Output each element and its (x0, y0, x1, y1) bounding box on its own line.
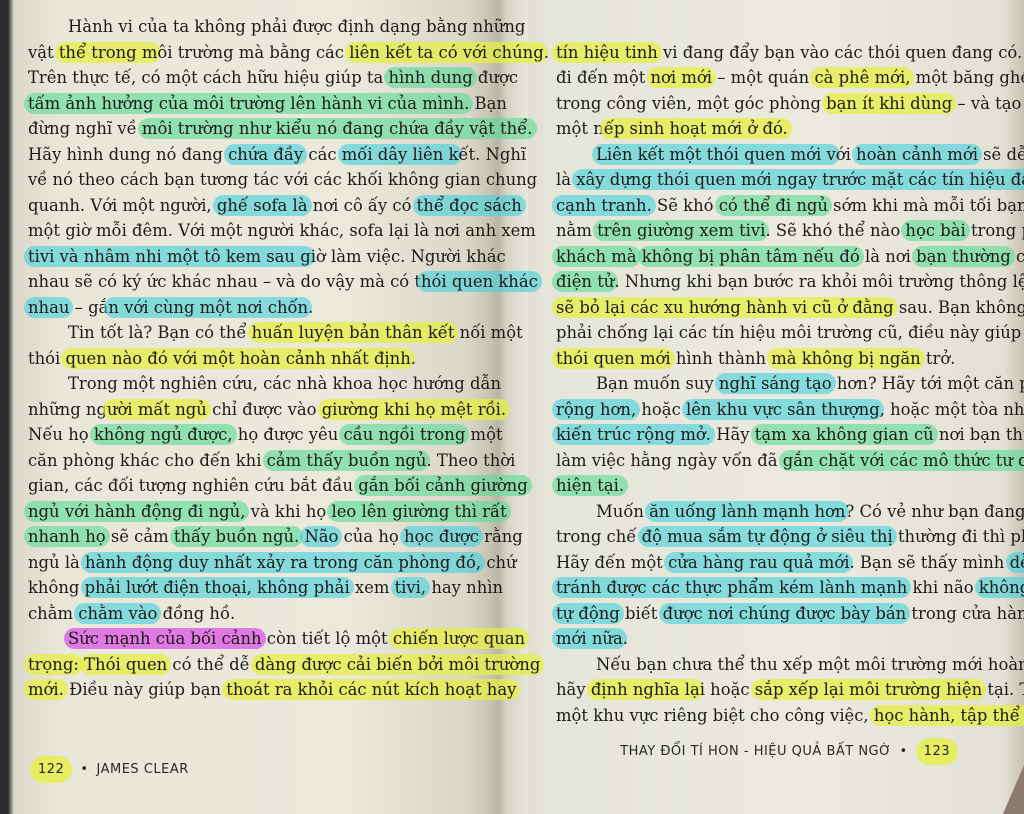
highlight-yellow: thể trong m (55, 42, 162, 63)
highlight-blue: không còn (975, 577, 1024, 598)
text-segment: nơi bạn thường (934, 425, 1024, 444)
text-segment: – gắ (69, 298, 108, 317)
text-line: phải chống lại các tín hiệu môi trường c… (556, 320, 1001, 346)
text-segment: họ được yêu (233, 425, 344, 444)
highlight-green: gắn chặt với các mô thức tư duy (779, 450, 1024, 471)
footer-bullet-left: • (80, 762, 88, 777)
highlight-yellow: ười mất ngủ (103, 399, 211, 420)
text-line: một nếp sinh hoạt mới ở đó. (556, 116, 1001, 142)
highlight-blue: mới nữa (552, 628, 627, 649)
text-segment: sau. Bạn không cần (894, 298, 1024, 317)
text-segment: Sẽ khó (652, 196, 719, 215)
text-segment: Nếu bạn chưa thể thu xếp một môi trường … (596, 655, 1024, 674)
text-segment: Hành vi của ta không phải được định dạng… (68, 17, 525, 36)
text-segment: hay nhìn (426, 578, 503, 597)
text-line: những người mất ngủ chỉ được vào giường … (28, 397, 476, 423)
text-segment: tại. Tạo ra (982, 680, 1024, 699)
text-line: là xây dựng thói quen mới ngay trước mặt… (556, 167, 1001, 193)
text-segment: xem (350, 578, 395, 597)
highlight-green: cảm thấy buồn ngủ (263, 450, 431, 471)
text-segment: , hoặc một tòa nhà có (880, 400, 1024, 419)
highlight-yellow: sẽ bỏ lại các xu hướng hành vi cũ ở đằng (552, 297, 898, 318)
highlight-blue: tivi và nhâm nhi một tô kem sau g (24, 246, 315, 267)
highlight-green: cầu ngồi trong (339, 424, 469, 445)
text-line: quanh. Với một người, ghế sofa là nơi cô… (28, 193, 476, 219)
text-segment: hãy (556, 680, 591, 699)
highlight-pink: Sức mạnh của bối cảnh (64, 628, 266, 649)
text-line: thói quen nào đó với một hoàn cảnh nhất … (28, 346, 476, 372)
text-segment: Hãy (711, 425, 755, 444)
running-head-author: JAMES CLEAR (97, 762, 189, 777)
text-line: vật thể trong môi trường mà bằng các liê… (28, 40, 476, 66)
highlight-yellow: dàng được cải biến bởi môi trường (251, 654, 544, 675)
text-segment: có thể dễ (167, 655, 255, 674)
highlight-green: môi trường như kiểu nó đang chứa đầy vật… (138, 118, 537, 139)
text-segment: một khu vực riêng biệt cho công việc, (556, 706, 874, 725)
text-segment: . Theo thời (426, 451, 515, 470)
text-segment: nối một (454, 323, 522, 342)
text-line: đi đến một nơi mới – một quán cà phê mới… (556, 65, 1001, 91)
text-line: căn phòng khác cho đến khi cảm thấy buồn… (28, 448, 476, 474)
text-segment: . Sẽ khó thể nào (765, 221, 905, 240)
highlight-green: học bài (901, 220, 969, 241)
highlight-yellow: trọng: (24, 654, 83, 675)
highlight-green: hình dung (384, 67, 476, 88)
highlight-green: không ngủ được, (90, 424, 237, 445)
text-line: gian, các đối tượng nghiên cứu bắt đầu g… (28, 473, 476, 499)
text-segment: . (411, 349, 416, 368)
text-line: Trong một nghiên cứu, các nhà khoa học h… (28, 371, 476, 397)
highlight-blue: hành động duy nhất xảy ra trong căn phòn… (81, 552, 485, 573)
page-number-right: 123 (916, 738, 958, 765)
text-segment: thói (28, 349, 65, 368)
text-segment: chằm (28, 604, 78, 623)
text-line: nằm trên giường xem tivi. Sẽ khó thể nào… (556, 218, 1001, 244)
text-line: tấm ảnh hưởng của môi trường lên hành vi… (28, 91, 476, 117)
text-segment: và khi họ (245, 502, 331, 521)
text-segment: . (544, 43, 549, 62)
text-segment: được (473, 68, 518, 87)
text-segment: rằng (479, 527, 523, 546)
highlight-blue: học được (400, 526, 483, 547)
highlight-green: nhanh họ (24, 526, 110, 547)
text-segment: ết. Nghĩ (458, 145, 526, 164)
footer-bullet-right: • (900, 744, 908, 759)
text-segment: ngủ là (28, 553, 85, 572)
text-segment: khi não (907, 578, 979, 597)
highlight-yellow: ếp sinh hoạt mới ở đó. (600, 118, 792, 139)
text-segment: Tin tốt là? Bạn có thể (68, 323, 252, 342)
highlight-blue: n với cùng một nơi chốn (104, 297, 312, 318)
highlight-green: thấy buồn ngủ. (170, 526, 303, 547)
text-line: một khu vực riêng biệt cho công việc, họ… (556, 703, 1001, 729)
text-segment: trong phòng (966, 221, 1024, 240)
text-line: trong công viên, một góc phòng bạn ít kh… (556, 91, 1001, 117)
highlight-blue: hoàn cảnh mới (852, 144, 982, 165)
text-segment: chơi (1011, 247, 1024, 266)
text-line: làm việc hằng ngày vốn đã gắn chặt với c… (556, 448, 1001, 474)
left-page: Hành vi của ta không phải được định dạng… (0, 0, 498, 814)
text-line: hãy định nghĩa lại hoặc sắp xếp lại môi … (556, 677, 1001, 703)
text-line: chằm chằm vào đồng hồ. (28, 601, 476, 627)
text-segment: một n (556, 119, 604, 138)
left-page-body-text: Hành vi của ta không phải được định dạng… (28, 14, 476, 703)
highlight-blue: chứa đầy (224, 144, 307, 165)
text-segment: chứ (481, 553, 517, 572)
text-line (556, 14, 1001, 40)
highlight-green: hiện tại. (552, 475, 628, 496)
highlight-green: tạm xa không gian cũ (751, 424, 938, 445)
highlight-green: điện tử (552, 271, 618, 292)
running-head-title: THAY ĐỔI TÍ HON - HIỆU QUẢ BẤT NGỜ (620, 744, 891, 759)
highlight-yellow: định nghĩa lạ (587, 679, 704, 700)
highlight-green: có thể đi ngủ (715, 195, 832, 216)
text-segment: một băng ghế (910, 68, 1024, 87)
highlight-blue: mối dây liên k (338, 144, 463, 165)
text-segment: quanh. Với một người, (28, 196, 217, 215)
text-segment: đừng nghĩ về (28, 119, 142, 138)
text-line: điện tử. Nhưng khi bạn bước ra khỏi môi … (556, 269, 1001, 295)
text-line: Muốn ăn uống lành mạnh hơn? Có vẻ như bạ… (556, 499, 1001, 525)
text-segment: một (465, 425, 502, 444)
text-segment: Trong một nghiên cứu, các nhà khoa học h… (68, 374, 501, 393)
highlight-blue: Liên kết một thói quen mới v (592, 144, 840, 165)
highlight-blue: độ mua sắm tự động ở siêu thị (638, 526, 897, 547)
text-line: trọng: Thói quen có thể dễ dàng được cải… (28, 652, 476, 678)
text-segment: trong công viên, một góc phòng (556, 94, 826, 113)
text-line: thói quen mới hình thành mà không bị ngă… (556, 346, 1001, 372)
highlight-blue: xây dựng thói quen mới ngay trước mặt cá… (572, 169, 1024, 190)
highlight-yellow: nơi mới (647, 67, 717, 88)
highlight-blue: cạnh tranh. (552, 195, 656, 216)
right-page-footer: THAY ĐỔI TÍ HON - HIỆU QUẢ BẤT NGỜ•123 (620, 738, 958, 765)
text-line: Hãy hình dung nó đang chứa đầy các mối d… (28, 142, 476, 168)
text-segment: còn tiết lộ một (262, 629, 393, 648)
highlight-yellow: liên kết ta có với chúng (345, 42, 548, 63)
text-segment: nhau sẽ có ký ức khác nhau – và do vậy m… (28, 272, 421, 291)
highlight-green: bạn thường (912, 246, 1015, 267)
text-segment: . Nhưng khi bạn bước ra khỏi môi trường … (614, 272, 1024, 291)
text-segment: – một quán (712, 68, 814, 87)
highlight-yellow: chiến lược quan (389, 628, 529, 649)
text-segment: Điều này giúp bạn (64, 680, 226, 699)
text-line: không phải lướt điện thoại, không phải x… (28, 575, 476, 601)
text-line: Sức mạnh của bối cảnh còn tiết lộ một ch… (28, 626, 476, 652)
highlight-yellow: bạn ít khi dùng (822, 93, 956, 114)
text-segment: . (308, 298, 313, 317)
highlight-blue: kiến trúc rộng mở. (552, 424, 715, 445)
text-segment: phải chống lại các tín hiệu môi trường c… (556, 323, 1024, 342)
text-segment: một giờ mỗi đêm. Với một người khác, sof… (28, 221, 536, 240)
highlight-yellow: thói quen mới (552, 348, 675, 369)
text-line: Bạn muốn suy nghĩ sáng tạo hơn? Hãy tới … (556, 371, 1001, 397)
highlight-yellow: quen nào đó với một hoàn cảnh nhất định (61, 348, 414, 369)
text-line: Trên thực tế, có một cách hữu hiệu giúp … (28, 65, 476, 91)
text-segment: trong chế (556, 527, 642, 546)
text-segment: nằm (556, 221, 597, 240)
highlight-blue: nghĩ sáng tạo (715, 373, 836, 394)
highlight-blue: rộng hơn, (552, 399, 640, 420)
text-line: Hãy đến một cửa hàng rau quả mới. Bạn sẽ… (556, 550, 1001, 576)
text-segment: iờ làm việc. Người khác (311, 247, 506, 266)
text-segment: nơi cô ấy có (308, 196, 417, 215)
text-segment: chỉ được vào (207, 400, 322, 419)
text-line: tránh được các thực phẩm kém lành mạnh k… (556, 575, 1001, 601)
text-segment: sẽ dễ hơn (978, 145, 1024, 164)
text-line: về nó theo cách bạn tương tác với các kh… (28, 167, 476, 193)
highlight-blue: tivi, (391, 577, 431, 598)
text-segment: Bạn (469, 94, 507, 113)
text-line: khách mà không bị phân tâm nếu đó là nơi… (556, 244, 1001, 270)
highlight-yellow: Thói quen (80, 654, 171, 675)
highlight-green: gắn bối cảnh giường (354, 475, 532, 496)
highlight-yellow: tín hiệu tinh (552, 42, 662, 63)
page-number-left: 122 (30, 756, 72, 783)
text-segment: trở. (921, 349, 956, 368)
text-segment: hình thành (671, 349, 772, 368)
highlight-green: leo lên giường thì rất (327, 501, 510, 522)
highlight-blue: dễ dàng (1006, 552, 1024, 573)
right-page-body-text: tín hiệu tinh vi đang đẩy bạn vào các th… (556, 14, 1001, 728)
text-segment: vi đang đẩy bạn vào các thói quen đang c… (658, 43, 1024, 62)
text-segment: Hãy hình dung nó đang (28, 145, 228, 164)
highlight-green: trên giường xem tivi (593, 220, 769, 241)
text-line: rộng hơn, hoặc lên khu vực sân thượng, h… (556, 397, 1001, 423)
text-line: đừng nghĩ về môi trường như kiểu nó đang… (28, 116, 476, 142)
highlight-blue: tự động (552, 603, 624, 624)
text-line: mới nữa. (556, 626, 1001, 652)
text-segment: . Bạn sẽ thấy mình (849, 553, 1009, 572)
text-line: kiến trúc rộng mở. Hãy tạm xa không gian… (556, 422, 1001, 448)
highlight-yellow: thoát ra khỏi các nút kích hoạt hay (222, 679, 520, 700)
text-segment: ? Có vẻ như bạn đang (845, 502, 1024, 521)
text-line: tự động biết được nơi chúng được bày bán… (556, 601, 1001, 627)
text-segment: sẽ cảm (106, 527, 174, 546)
highlight-blue: tránh được các thực phẩm kém lành mạnh (552, 577, 911, 598)
text-segment: những ng (28, 400, 107, 419)
text-line: Nếu họ không ngủ được, họ được yêu cầu n… (28, 422, 476, 448)
text-segment: Hãy đến một (556, 553, 668, 572)
text-line: ngủ là hành động duy nhất xảy ra trong c… (28, 550, 476, 576)
highlight-green: khách mà (552, 246, 641, 267)
highlight-yellow: sắp xếp lại môi trường hiện (751, 679, 986, 700)
text-segment: Trên thực tế, có một cách hữu hiệu giúp … (28, 68, 388, 87)
text-line: Tin tốt là? Bạn có thể huấn luyện bản th… (28, 320, 476, 346)
highlight-green: ngủ với hành động đi ngủ, (24, 501, 249, 522)
text-line: nhanh họ sẽ cảm thấy buồn ngủ. Não của h… (28, 524, 476, 550)
highlight-blue: được nơi chúng được bày bán (659, 603, 911, 624)
text-line: tín hiệu tinh vi đang đẩy bạn vào các th… (556, 40, 1001, 66)
text-segment: các (303, 145, 342, 164)
text-segment: không (28, 578, 85, 597)
text-line: hiện tại. (556, 473, 1001, 499)
text-segment: ôi trường mà bằng các (157, 43, 349, 62)
highlight-yellow: học hành, tập thể dục, (870, 705, 1024, 726)
text-line: Nếu bạn chưa thể thu xếp một môi trường … (556, 652, 1001, 678)
right-page: tín hiệu tinh vi đang đẩy bạn vào các th… (498, 0, 1024, 814)
text-segment: . (623, 629, 628, 648)
text-line: Hành vi của ta không phải được định dạng… (28, 14, 476, 40)
highlight-yellow: huấn luyện bản thân kết (248, 322, 459, 343)
highlight-yellow: cà phê mới, (810, 67, 914, 88)
text-line: tivi và nhâm nhi một tô kem sau giờ làm … (28, 244, 476, 270)
text-segment: căn phòng khác cho đến khi (28, 451, 267, 470)
text-line: mới. Điều này giúp bạn thoát ra khỏi các… (28, 677, 476, 703)
text-segment: là nơi (860, 247, 916, 266)
text-segment: đồng hồ. (157, 604, 235, 623)
highlight-green: không bị phân tâm nếu đó (638, 246, 864, 267)
highlight-blue: phải lướt điện thoại, không phải (81, 577, 354, 598)
text-segment: làm việc hằng ngày vốn đã (556, 451, 783, 470)
highlight-yellow: giường khi họ mệt rồi. (318, 399, 510, 420)
text-segment: i hoặc (700, 680, 755, 699)
text-line: trong chế độ mua sắm tự động ở siêu thị … (556, 524, 1001, 550)
text-segment: về nó theo cách bạn tương tác với các kh… (28, 170, 537, 189)
text-line: một giờ mỗi đêm. Với một người khác, sof… (28, 218, 476, 244)
text-segment: của họ (338, 527, 404, 546)
text-line: Liên kết một thói quen mới với hoàn cảnh… (556, 142, 1001, 168)
highlight-blue: hói quen khác (417, 271, 542, 292)
text-line: cạnh tranh. Sẽ khó có thể đi ngủ sớm khi… (556, 193, 1001, 219)
highlight-blue: lên khu vực sân thượng (682, 399, 884, 420)
highlight-blue: ăn uống lành mạnh hơn (645, 501, 849, 522)
text-line: ngủ với hành động đi ngủ, và khi họ leo … (28, 499, 476, 525)
text-segment: hoặc (636, 400, 686, 419)
text-segment: sớm khi mà mỗi tối bạn đều (828, 196, 1024, 215)
text-segment: – và tạo lập (952, 94, 1024, 113)
text-segment: biết (620, 604, 663, 623)
text-segment: Nếu họ (28, 425, 94, 444)
text-segment: thường đi thì phải. (893, 527, 1024, 546)
text-segment: trong cửa hàng (906, 604, 1024, 623)
highlight-blue: cửa hàng rau quả mới (664, 552, 853, 573)
highlight-blue: Não (300, 526, 342, 547)
text-segment: Bạn muốn suy (596, 374, 719, 393)
text-segment: đi đến một (556, 68, 651, 87)
text-line: nhau sẽ có ký ức khác nhau – và do vậy m… (28, 269, 476, 295)
text-segment: hơn? Hãy tới một căn phòng (832, 374, 1024, 393)
highlight-blue: chằm vào (74, 603, 161, 624)
highlight-blue: ghế sofa là (213, 195, 312, 216)
highlight-blue: nhau (24, 297, 73, 318)
highlight-yellow: mới. (24, 679, 68, 700)
highlight-green: tấm ảnh hưởng của môi trường lên hành vi… (24, 93, 473, 114)
text-line: nhau – gắn với cùng một nơi chốn. (28, 295, 476, 321)
text-segment: Muốn (596, 502, 649, 521)
left-page-footer: 122•JAMES CLEAR (30, 756, 189, 783)
highlight-yellow: mà không bị ngăn (767, 348, 924, 369)
text-line: sẽ bỏ lại các xu hướng hành vi cũ ở đằng… (556, 295, 1001, 321)
text-segment: gian, các đối tượng nghiên cứu bắt đầu (28, 476, 358, 495)
highlight-blue: thể đọc sách (413, 195, 526, 216)
